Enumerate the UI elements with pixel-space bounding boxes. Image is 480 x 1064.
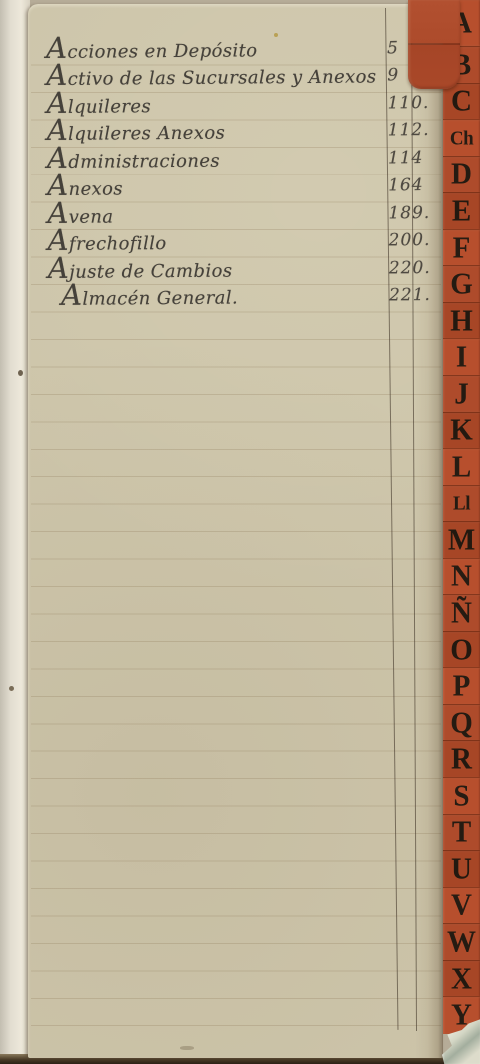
index-entry-row: Alquileres Anexos112.: [47, 115, 439, 145]
alphabet-tab-e: E: [443, 192, 480, 230]
tab-letter: X: [451, 964, 472, 994]
alphabet-tab-v: V: [443, 887, 480, 925]
entry-page-number: 220.: [389, 258, 429, 278]
alphabet-tab-g: G: [443, 265, 480, 303]
tab-letter: Ll: [453, 494, 470, 514]
alphabet-tab-t: T: [443, 814, 480, 852]
tab-letter: S: [453, 781, 469, 811]
tab-letter: V: [451, 891, 472, 921]
alphabet-tab-ch: Ch: [443, 119, 480, 157]
alphabet-tab-j: J: [443, 375, 480, 413]
paper-speck: [18, 370, 23, 376]
alphabet-tab-s: S: [443, 777, 480, 815]
entry-page-number: 112.: [388, 120, 428, 140]
alphabet-tab-o: O: [443, 631, 480, 669]
alphabet-tab-l: L: [443, 448, 480, 486]
entry-page-number: 110.: [387, 93, 427, 113]
alphabet-tab-d: D: [443, 156, 480, 194]
index-entry-row: Almacén General.221.: [48, 280, 440, 310]
tab-letter: I: [456, 342, 467, 372]
alphabet-tab-q: Q: [443, 704, 480, 742]
entry-page-number: 164: [388, 175, 428, 195]
index-entry-row: Activo de las Sucursales y Anexos9: [46, 60, 438, 90]
entry-title: Alquileres Anexos: [47, 120, 226, 145]
tab-letter: U: [451, 854, 472, 884]
entry-title: Activo de las Sucursales y Anexos: [46, 64, 376, 91]
tab-letter: O: [450, 635, 473, 665]
protruding-thumb-tab: [408, 0, 460, 89]
tab-letter: D: [451, 160, 472, 190]
alphabet-tab-strip: ABCChDEFGHIJKLLlMNÑOPQRSTUVWXY: [443, 0, 480, 1064]
tab-letter: J: [454, 379, 469, 409]
tab-letter: H: [450, 306, 473, 336]
entry-title: Administraciones: [47, 147, 220, 172]
tab-letter: K: [450, 416, 473, 446]
entry-page-number: 189.: [388, 203, 428, 223]
entry-title: Acciones en Depósito: [46, 37, 258, 63]
alphabet-tab-ñ: Ñ: [443, 594, 480, 632]
tab-letter: N: [451, 562, 472, 592]
paper-speck: [9, 686, 14, 691]
alphabet-tab-w: W: [443, 923, 480, 961]
tab-letter: Ñ: [451, 598, 472, 628]
tab-letter: E: [452, 196, 471, 226]
entry-page-number: 221.: [389, 285, 429, 305]
alphabet-tab-p: P: [443, 667, 480, 705]
tab-letter: M: [448, 525, 475, 555]
tab-letter: P: [453, 671, 471, 701]
index-entry-row: Administraciones114: [47, 143, 439, 173]
tab-letter: F: [453, 233, 471, 263]
alphabet-tab-r: R: [443, 740, 480, 778]
ledger-photo: Acciones en Depósito5Activo de las Sucur…: [0, 0, 480, 1064]
alphabet-tab-f: F: [443, 229, 480, 267]
tab-letter: L: [452, 452, 471, 482]
paper-smudge: [180, 1046, 194, 1050]
tab-letter: Ch: [450, 128, 473, 148]
alphabet-tab-h: H: [443, 302, 480, 340]
entry-title: Almacén General.: [61, 285, 238, 310]
alphabet-tab-k: K: [443, 412, 480, 450]
index-entry-row: Afrechofillo200.: [48, 225, 440, 255]
entry-page-number: 200.: [389, 230, 429, 250]
alphabet-tab-m: M: [443, 521, 480, 559]
tab-letter: T: [452, 818, 471, 848]
tab-letter: R: [451, 744, 472, 774]
tab-letter: G: [450, 269, 473, 299]
entry-page-number: 114: [388, 148, 428, 168]
alphabet-tab-x: X: [443, 960, 480, 998]
alphabet-tab-n: N: [443, 558, 480, 596]
alphabet-tab-ll: Ll: [443, 485, 480, 523]
alphabet-tab-i: I: [443, 338, 480, 376]
alphabet-tab-u: U: [443, 850, 480, 888]
index-entry-row: Avena189.: [47, 198, 439, 228]
index-entry-row: Ajuste de Cambios220.: [48, 253, 440, 283]
underlying-page-edge: [0, 0, 30, 1064]
tab-letter: Q: [450, 708, 473, 738]
paper-stain: [274, 33, 278, 37]
index-entry-row: Acciones en Depósito5: [46, 33, 438, 63]
index-entry-row: Alquileres110.: [46, 88, 438, 118]
index-entry-row: Anexos164: [47, 170, 439, 200]
tab-letter: W: [447, 927, 476, 957]
tab-letter: C: [451, 87, 472, 117]
